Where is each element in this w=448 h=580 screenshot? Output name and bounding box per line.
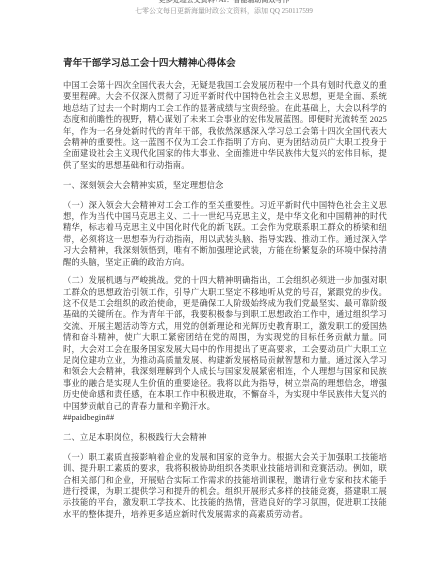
paragraph-section1-item2: （二）发展机遇与严峻挑战。党的十四大精神明确指出，工会组织必须进一步加强对职工群…	[63, 275, 387, 412]
paragraph-intro: 中国工会第十四次全国代表大会，无疑是我国工会发展历程中一个具有划时代意义的重要里…	[63, 80, 387, 171]
paragraph-section2-item1: （一）职工素质直接影响着企业的发展和国家的竞争力。根据大会关于加强职工技能培训、…	[63, 452, 387, 520]
document-content: 青年干部学习总工会十四大精神心得体会 中国工会第十四次全国代表大会，无疑是我国工…	[0, 58, 448, 520]
paragraph-section1-item1: （一）深入领会大会精神对工会工作的至关重要性。习近平新时代中国特色社会主义思想，…	[63, 200, 387, 268]
watermark-line-1: 更多处理公文资料+AI：智能辅助高效写作	[0, 0, 448, 6]
paid-begin-marker: ##paidbegin##	[63, 412, 387, 423]
document-title: 青年干部学习总工会十四大精神心得体会	[63, 58, 387, 70]
section-heading-1: 一、深刻领会大会精神实质，坚定理想信念	[63, 180, 387, 191]
watermark-line-2: 七零公文每日更新海量时政公文资料，添加 QQ 250117599	[0, 7, 448, 17]
document-page: 更多处理公文资料+AI：智能辅助高效写作 七零公文每日更新海量时政公文资料，添加…	[0, 0, 448, 580]
section-heading-2: 二、立足本职岗位，积极践行大会精神	[63, 432, 387, 443]
